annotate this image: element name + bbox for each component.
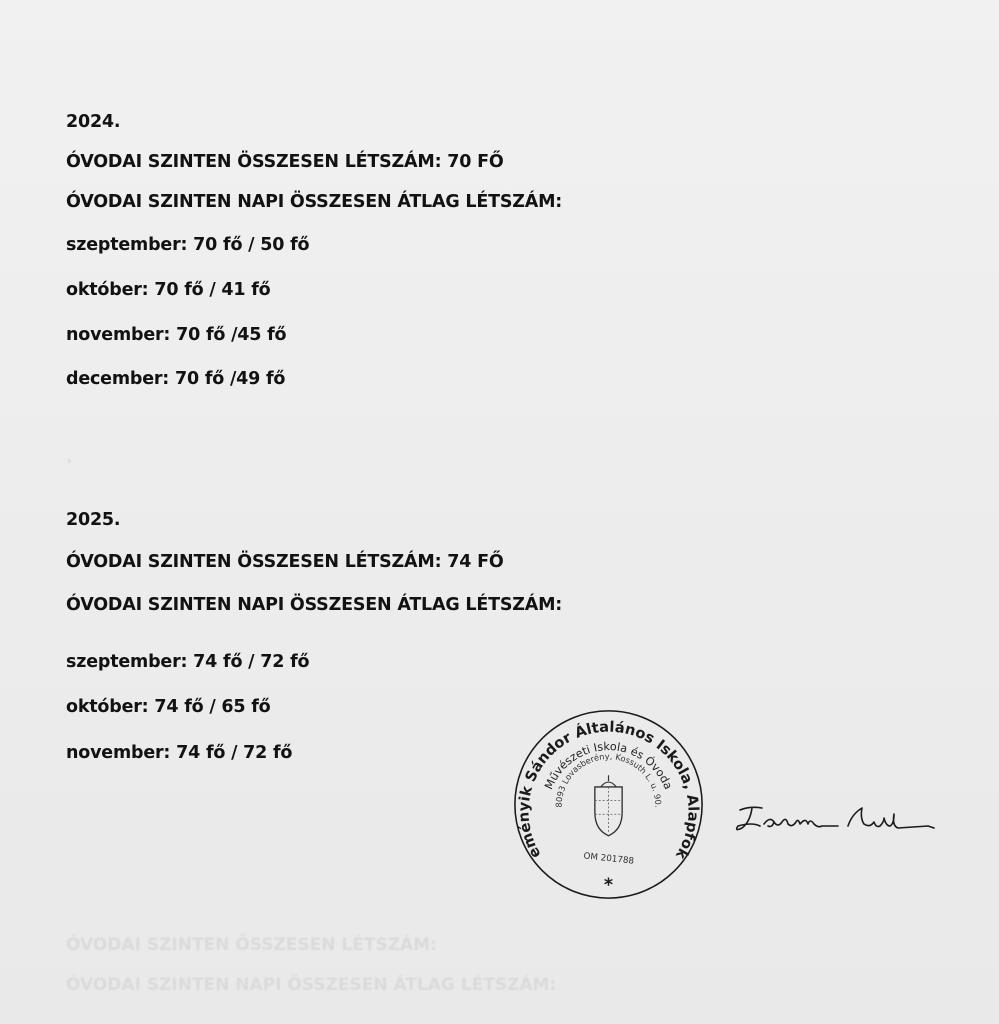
handwritten-signature [728,796,950,846]
section-2025-average-heading: ÓVODAI SZINTEN NAPI ÖSSZESEN ÁTLAG LÉTSZ… [66,595,562,615]
section-2024-average-heading: ÓVODAI SZINTEN NAPI ÖSSZESEN ÁTLAG LÉTSZ… [66,192,562,212]
bleed-through-text: ÓVODAI SZINTEN NAPI ÖSSZESEN ÁTLAG LÉTSZ… [66,975,556,995]
section-2025-month-row: szeptember: 74 fő / 72 fő [66,652,309,672]
section-2025-year: 2025. [66,510,120,530]
bleed-through-text: ÓVODAI SZINTEN ÖSSZESEN LÉTSZÁM: [66,935,437,955]
section-2024-month-row: szeptember: 70 fő / 50 fő [66,235,309,255]
section-2024-month-row: november: 70 fő /45 fő [66,325,286,345]
coat-of-arms-icon [595,775,622,835]
stamp-om-code: OM 201788 [583,851,634,866]
official-stamp: Reményik Sándor Általános Iskola, Alapfo… [511,707,706,902]
section-2024-month-row: október: 70 fő / 41 fő [66,280,271,300]
section-2025-month-row: október: 74 fő / 65 fő [66,697,271,717]
scanned-document-page: 2024. ÓVODAI SZINTEN ÖSSZESEN LÉTSZÁM: 7… [0,0,999,1024]
section-2024-total-line: ÓVODAI SZINTEN ÖSSZESEN LÉTSZÁM: 70 FŐ [66,152,504,172]
stamp-star-icon: * [604,875,613,895]
section-2024-year: 2024. [66,112,120,132]
section-2024-month-row: december: 70 fő /49 fő [66,369,285,389]
section-2025-month-row: november: 74 fő / 72 fő [66,743,292,763]
bleed-through-mark: · [66,452,96,472]
section-2025-total-line: ÓVODAI SZINTEN ÖSSZESEN LÉTSZÁM: 74 FŐ [66,552,504,572]
